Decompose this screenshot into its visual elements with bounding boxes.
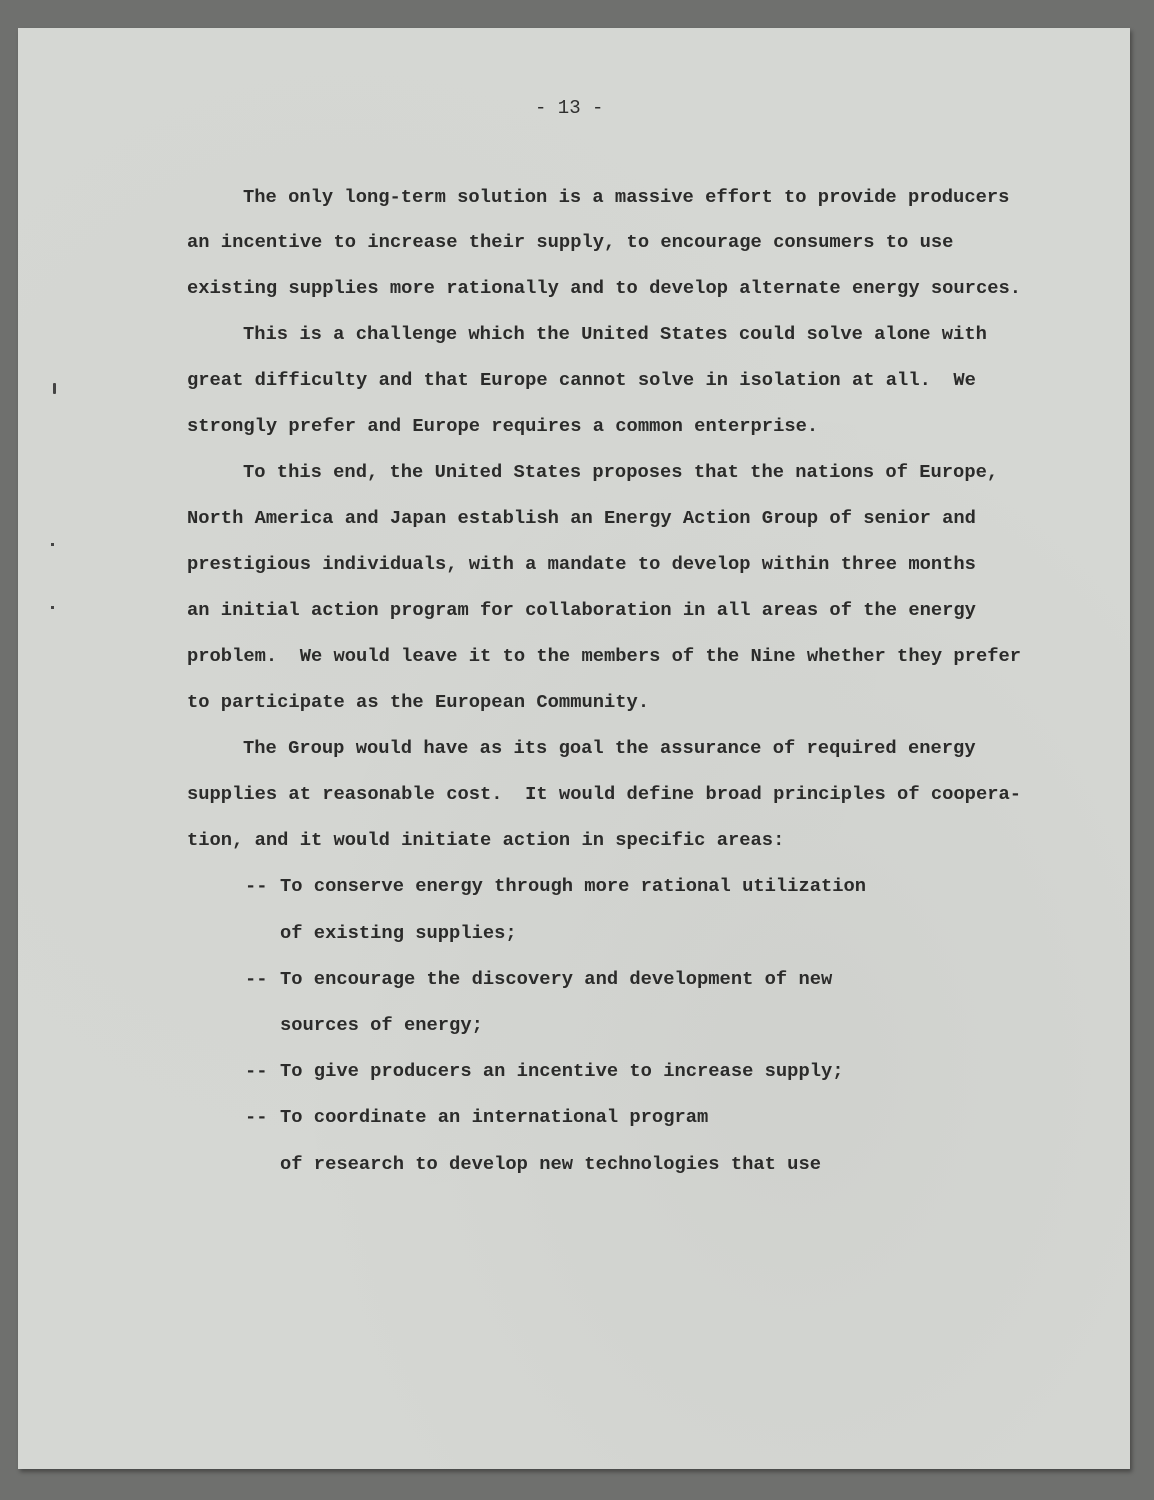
list-item-3-line-1: To give producers an incentive to increa… bbox=[280, 1062, 844, 1081]
list-item-2-line-2: sources of energy; bbox=[280, 1016, 483, 1035]
list-item-2-line-1: To encourage the discovery and developme… bbox=[280, 970, 832, 989]
paragraph-1-line-1: The only long-term solution is a massive… bbox=[243, 188, 1009, 207]
margin-mark bbox=[51, 543, 54, 546]
paragraph-4-line-2: supplies at reasonable cost. It would de… bbox=[187, 785, 1021, 804]
paragraph-3-line-4: an initial action program for collaborat… bbox=[187, 601, 976, 620]
paragraph-3-line-3: prestigious individuals, with a mandate … bbox=[187, 555, 976, 574]
paragraph-1-line-2: an incentive to increase their supply, t… bbox=[187, 233, 953, 252]
list-item-1-line-1: To conserve energy through more rational… bbox=[280, 877, 866, 896]
paragraph-2-line-1: This is a challenge which the United Sta… bbox=[243, 325, 987, 344]
margin-mark bbox=[53, 383, 56, 394]
paragraph-1-line-3: existing supplies more rationally and to… bbox=[187, 279, 1021, 298]
paragraph-4-line-1: The Group would have as its goal the ass… bbox=[243, 739, 976, 758]
paragraph-3-line-6: to participate as the European Community… bbox=[187, 693, 649, 712]
paragraph-4-line-3: tion, and it would initiate action in sp… bbox=[187, 831, 784, 850]
paragraph-3-line-1: To this end, the United States proposes … bbox=[243, 463, 998, 482]
list-item-4-line-1: To coordinate an international program bbox=[280, 1108, 708, 1127]
margin-mark bbox=[51, 606, 54, 609]
paragraph-2-line-3: strongly prefer and Europe requires a co… bbox=[187, 417, 818, 436]
paragraph-3-line-5: problem. We would leave it to the member… bbox=[187, 647, 1021, 666]
list-item-3-marker: -- bbox=[245, 1062, 268, 1081]
paragraph-3-line-2: North America and Japan establish an Ene… bbox=[187, 509, 976, 528]
paragraph-2-line-2: great difficulty and that Europe cannot … bbox=[187, 371, 976, 390]
list-item-2-marker: -- bbox=[245, 970, 268, 989]
page-number: - 13 - bbox=[535, 97, 603, 119]
list-item-1-line-2: of existing supplies; bbox=[280, 924, 517, 943]
list-item-4-marker: -- bbox=[245, 1108, 268, 1127]
list-item-4-line-2: of research to develop new technologies … bbox=[280, 1155, 821, 1174]
list-item-1-marker: -- bbox=[245, 877, 268, 896]
